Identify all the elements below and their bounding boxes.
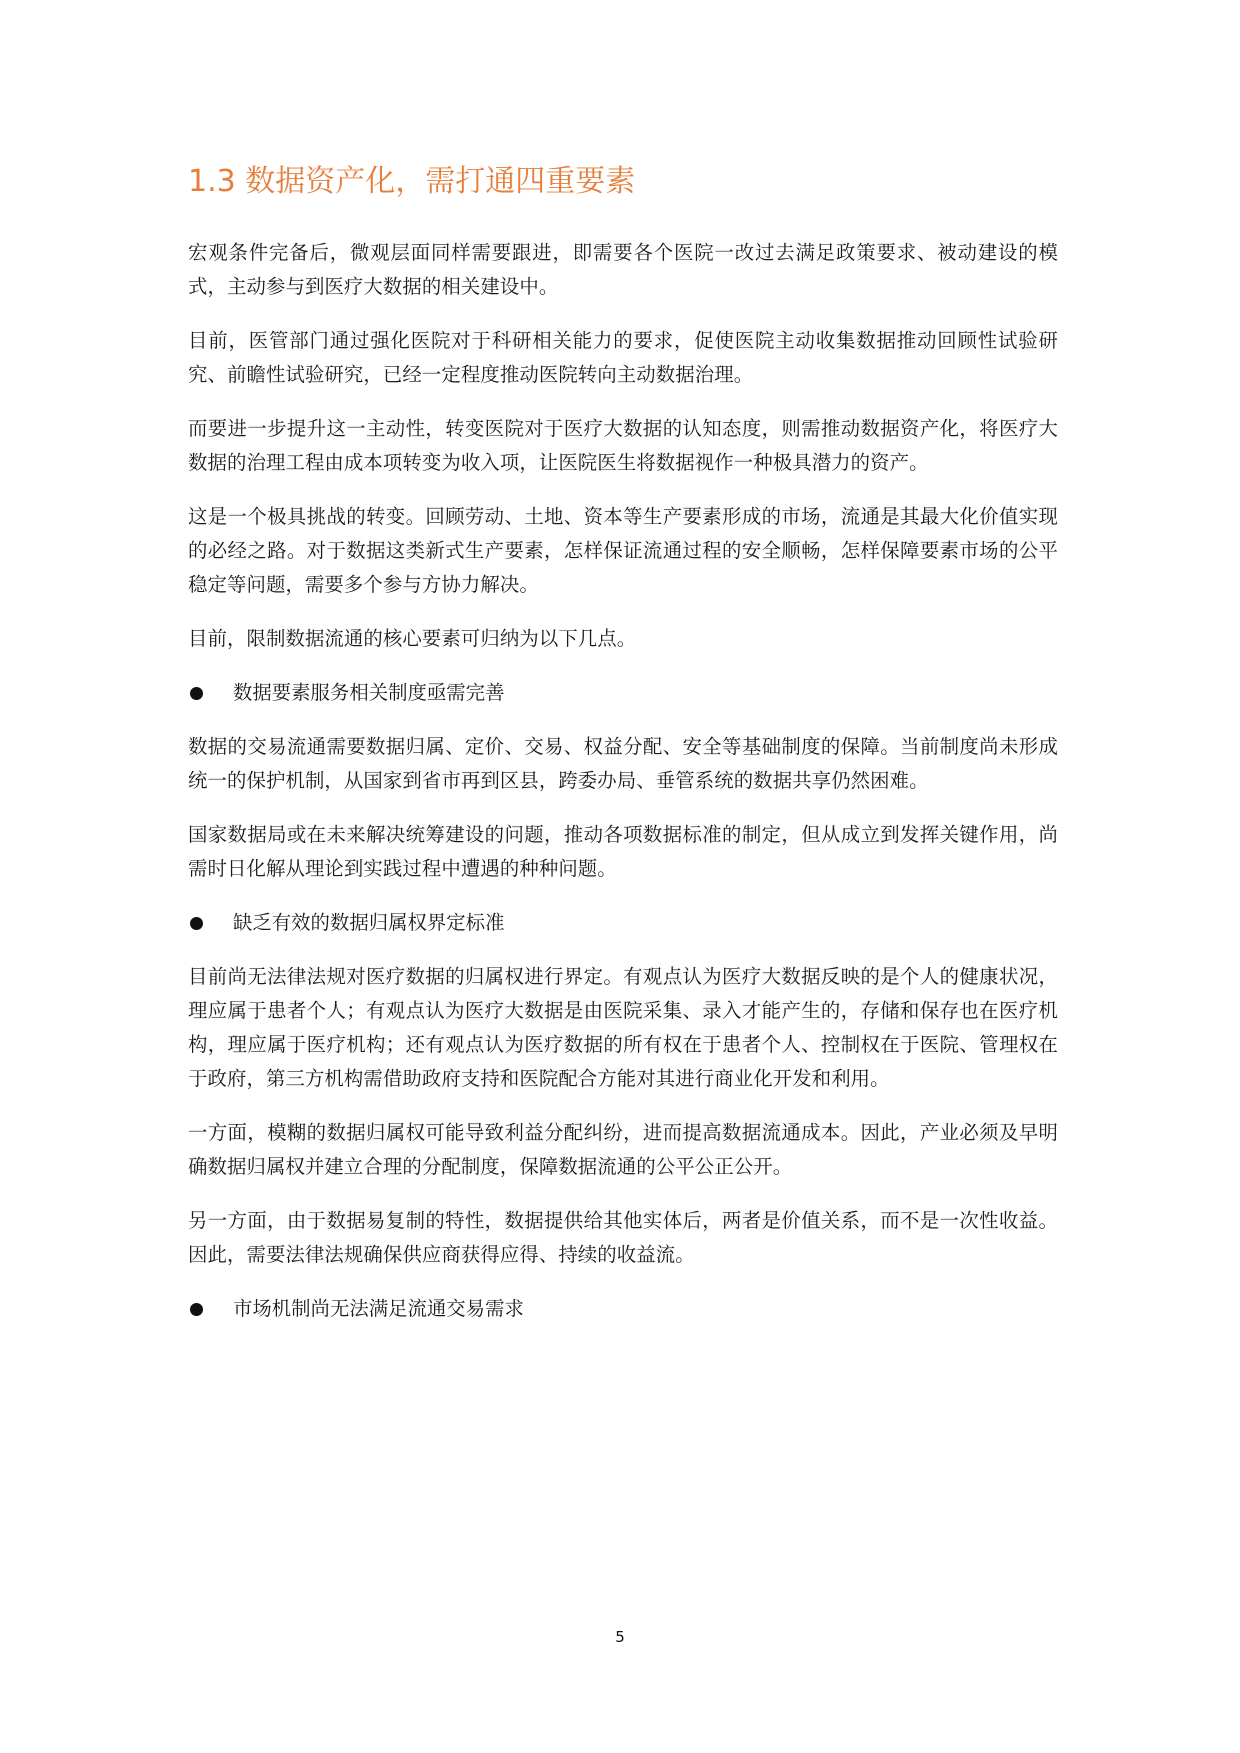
paragraph: 宏观条件完备后，微观层面同样需要跟进，即需要各个医院一改过去满足政策要求、被动建…	[188, 236, 1058, 304]
paragraph: 一方面，模糊的数据归属权可能导致利益分配纠纷，进而提高数据流通成本。因此，产业必…	[188, 1116, 1058, 1184]
page-number: 5	[0, 1628, 1240, 1646]
bullet-text: 缺乏有效的数据归属权界定标准	[233, 906, 504, 940]
bullet-item: 缺乏有效的数据归属权界定标准	[188, 906, 1058, 940]
document-page: 1.3 数据资产化，需打通四重要素 宏观条件完备后，微观层面同样需要跟进，即需要…	[0, 0, 1240, 1753]
paragraph: 这是一个极具挑战的转变。回顾劳动、土地、资本等生产要素形成的市场，流通是其最大化…	[188, 500, 1058, 602]
bullet-text: 数据要素服务相关制度亟需完善	[233, 676, 504, 710]
section-heading: 1.3 数据资产化，需打通四重要素	[188, 160, 635, 204]
section-body: 宏观条件完备后，微观层面同样需要跟进，即需要各个医院一改过去满足政策要求、被动建…	[188, 236, 1058, 1346]
bullet-text: 市场机制尚无法满足流通交易需求	[233, 1292, 524, 1326]
paragraph: 数据的交易流通需要数据归属、定价、交易、权益分配、安全等基础制度的保障。当前制度…	[188, 730, 1058, 798]
paragraph: 目前，医管部门通过强化医院对于科研相关能力的要求，促使医院主动收集数据推动回顾性…	[188, 324, 1058, 392]
bullet-dot-icon	[190, 687, 203, 700]
paragraph: 而要进一步提升这一主动性，转变医院对于医疗大数据的认知态度，则需推动数据资产化，…	[188, 412, 1058, 480]
paragraph: 国家数据局或在未来解决统筹建设的问题，推动各项数据标准的制定，但从成立到发挥关键…	[188, 818, 1058, 886]
bullet-dot-icon	[190, 917, 203, 930]
paragraph: 另一方面，由于数据易复制的特性，数据提供给其他实体后，两者是价值关系，而不是一次…	[188, 1204, 1058, 1272]
bullet-item: 市场机制尚无法满足流通交易需求	[188, 1292, 1058, 1326]
paragraph: 目前尚无法律法规对医疗数据的归属权进行界定。有观点认为医疗大数据反映的是个人的健…	[188, 960, 1058, 1096]
bullet-dot-icon	[190, 1303, 203, 1316]
paragraph: 目前，限制数据流通的核心要素可归纳为以下几点。	[188, 622, 1058, 656]
bullet-item: 数据要素服务相关制度亟需完善	[188, 676, 1058, 710]
